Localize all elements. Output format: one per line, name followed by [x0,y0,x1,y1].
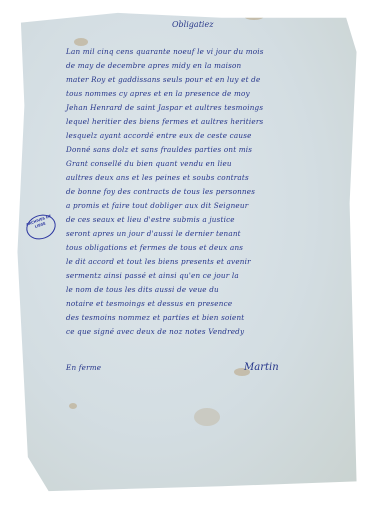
text-line: le dit accord et tout les biens presents… [66,257,251,266]
text-line: lesquelz ayant accordé entre eux de cest… [66,131,252,140]
signature: Martin [244,362,279,373]
text-line: Lan mil cinq cens quarante noeuf le vi j… [66,47,264,56]
text-line: des tesmoins nommez et parties et bien s… [66,313,244,322]
text-line: de ces seaux et lieu d'estre submis a ju… [66,215,235,224]
text-line: tous obligations et fermes de tous et de… [66,243,243,252]
text-line: Jehan Henrard de saint Jaspar et aultres… [66,103,263,112]
text-line: Donné sans dolz et sans frauldes parties… [66,145,252,154]
text-line: de bonne foy des contracts de tous les p… [66,187,255,196]
text-line: En ferme [66,363,101,372]
text-line: aultres deux ans et les peines et soubs … [66,173,249,182]
text-line: tous nommes cy apres et en la presence d… [66,89,250,98]
text-line: le nom de tous les dits aussi de veue du [66,285,219,294]
text-line: Grant consellé du bien quant vendu en li… [66,159,232,168]
document-heading: Obligatiez [172,20,213,29]
text-line: a promis et faire tout dobliger aux dit … [66,201,248,210]
text-line: lequel heritier des biens fermes et ault… [66,117,263,126]
stain [74,38,88,46]
text-line: notaire et tesmoings et dessus en presen… [66,299,232,308]
text-line: sermentz ainsi passé et ainsi qu'en ce j… [66,271,239,280]
text-line: de may de decembre apres midy en la mais… [66,61,241,70]
stain [69,403,77,409]
text-line: ce que signé avec deux de noz notes Vend… [66,327,244,336]
text-line: seront apres un jour d'aussi le dernier … [66,229,241,238]
text-line: mater Roy et gaddissans seuls pour et en… [66,75,260,84]
stain [244,12,264,20]
stain [194,408,220,426]
